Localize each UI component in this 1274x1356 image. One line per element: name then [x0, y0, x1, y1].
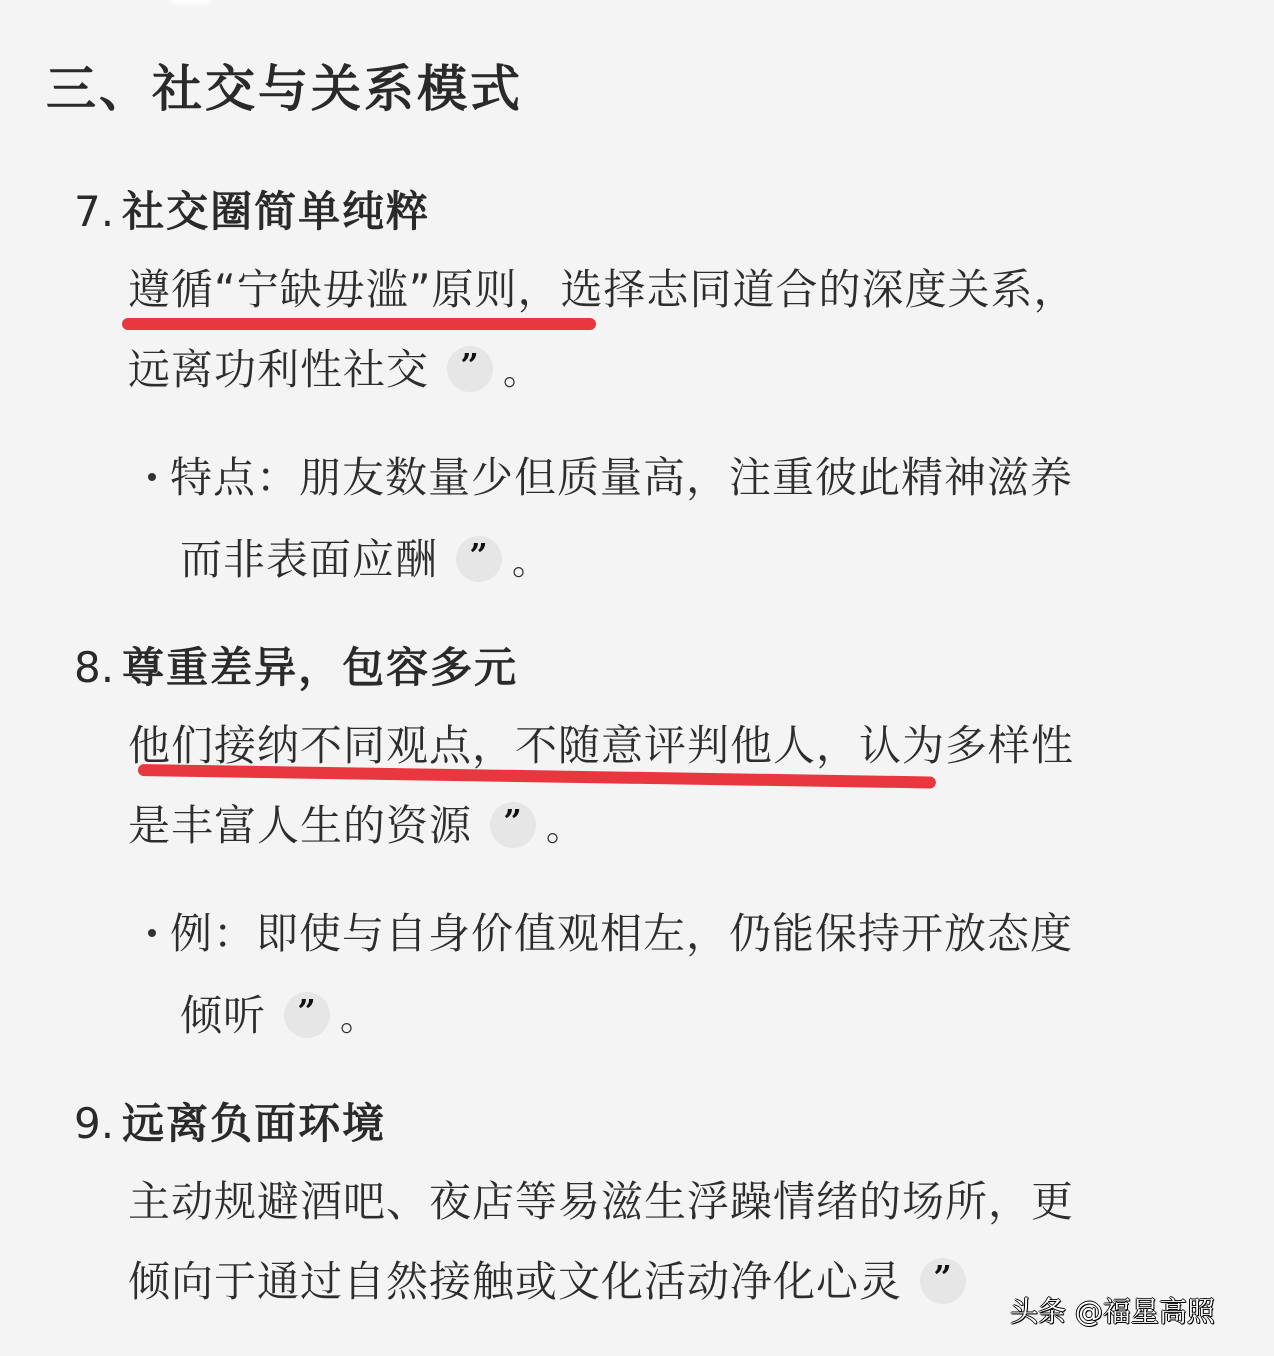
line-text: 远离功利性社交: [128, 345, 429, 394]
item-9-line-1: 主动规避酒吧、夜店等易滋生浮躁情绪的场所，更: [128, 1174, 1074, 1230]
item-9-heading: 9.远离负面环境: [74, 1096, 386, 1152]
item-8-line-2: 是丰富人生的资源”。: [128, 798, 583, 857]
period: 。: [503, 345, 540, 401]
bullet-text: 例：即使与自身价值观相左，仍能保持开放态度: [170, 909, 1073, 958]
quote-icon[interactable]: ”: [456, 536, 502, 582]
bullet-dot-icon: [148, 929, 156, 937]
watermark: 头条 @福星高照: [1010, 1290, 1215, 1330]
item-7-heading: 7.社交圈简单纯粹: [74, 184, 430, 240]
section-title: 三、社交与关系模式: [46, 56, 523, 122]
item-title: 社交圈简单纯粹: [122, 187, 430, 236]
item-7-bullet-cont: 而非表面应酬”。: [180, 532, 549, 591]
bullet-text-cont: 而非表面应酬: [180, 535, 438, 584]
bullet-text-cont: 倾听: [180, 991, 266, 1040]
item-number: 8.: [74, 643, 114, 692]
red-highlight-underline: [122, 318, 596, 330]
item-8-bullet-cont: 倾听”。: [180, 988, 377, 1047]
screen-glare: [170, 0, 210, 4]
item-title: 尊重差异，包容多元: [122, 643, 518, 692]
quote-icon[interactable]: ”: [447, 346, 493, 392]
period: 。: [512, 535, 549, 591]
period: 。: [546, 801, 583, 857]
item-7-line-2: 远离功利性社交”。: [128, 342, 540, 401]
item-number: 9.: [74, 1099, 114, 1148]
item-7-line-1: 遵循“宁缺毋滥”原则，选择志同道合的深度关系，: [128, 262, 1077, 318]
item-title: 远离负面环境: [122, 1099, 386, 1148]
line-text: 倾向于通过自然接触或文化活动净化心灵: [128, 1257, 902, 1306]
quote-icon[interactable]: ”: [920, 1258, 966, 1304]
line-text: 是丰富人生的资源: [128, 801, 472, 850]
bullet-text: 特点：朋友数量少但质量高，注重彼此精神滋养: [170, 453, 1073, 502]
bullet-dot-icon: [148, 473, 156, 481]
quote-icon[interactable]: ”: [490, 802, 536, 848]
item-number: 7.: [74, 187, 114, 236]
item-7-bullet: 特点：朋友数量少但质量高，注重彼此精神滋养: [148, 450, 1073, 506]
item-9-line-2: 倾向于通过自然接触或文化活动净化心灵”: [128, 1254, 976, 1310]
item-8-bullet: 例：即使与自身价值观相左，仍能保持开放态度: [148, 906, 1073, 962]
period: 。: [340, 991, 377, 1047]
item-8-heading: 8.尊重差异，包容多元: [74, 640, 518, 696]
quote-icon[interactable]: ”: [284, 992, 330, 1038]
